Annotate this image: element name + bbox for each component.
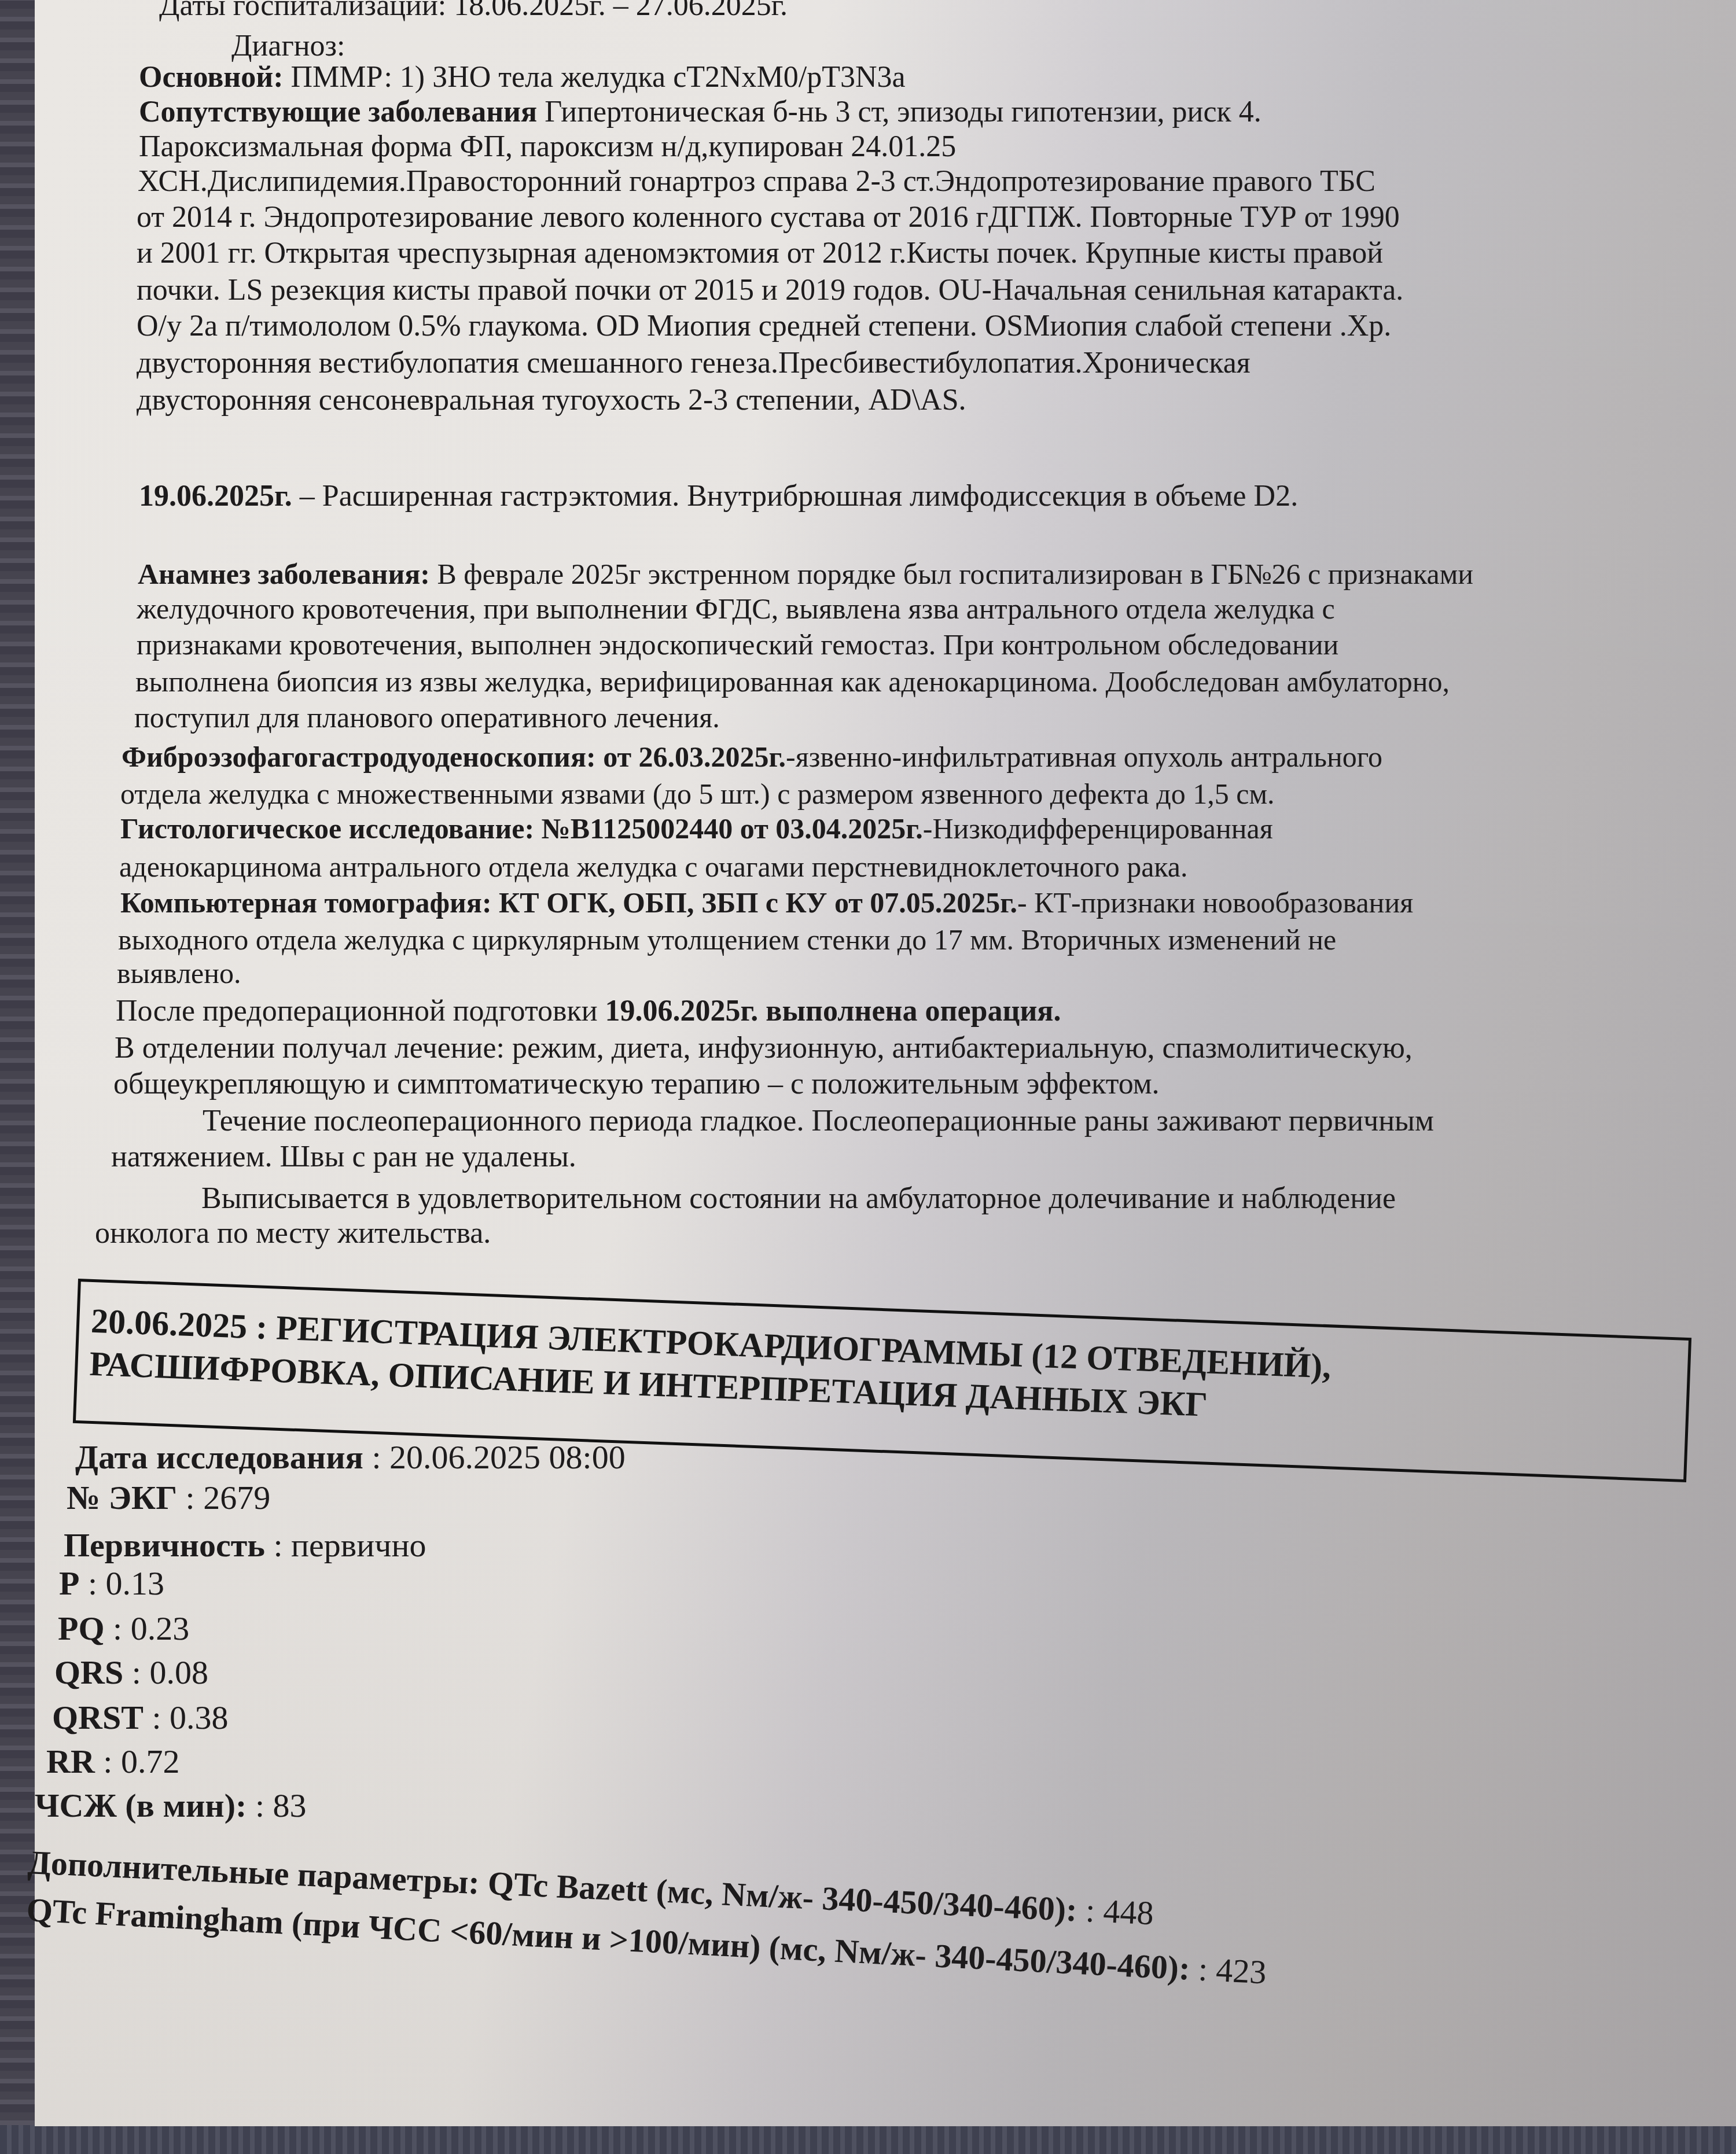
ecg-field-label: ЧСЖ (в мин): (35, 1787, 247, 1824)
discharge-line-0: Выписывается в удовлетворительном состоя… (201, 1180, 1396, 1217)
postop-line-1: натяжением. Швы с ран не удалены. (111, 1139, 576, 1176)
diagnosis-main-value: ПММР: 1) ЗНО тела желудка cT2NxM0/pT3N3a (291, 61, 906, 94)
ecg-field-row: P : 0.13 (59, 1561, 164, 1606)
ct-line-2: выявлено. (117, 955, 241, 992)
ecg-field-value: : 0.23 (105, 1610, 190, 1647)
comorbid-line-0: Сопутствующие заболевания Гипертоническа… (139, 94, 1261, 131)
ecg-field-row: RR : 0.72 (46, 1739, 179, 1784)
operation-line: 19.06.2025г. – Расширенная гастрэктомия.… (139, 478, 1298, 515)
comorbid-line-1: Пароксизмальная форма ФП, пароксизм н/д,… (139, 128, 956, 165)
fgds-line-1: отдела желудка с множественными язвами (… (120, 775, 1275, 812)
ecg-field-value: : 0.38 (144, 1699, 229, 1736)
ecg-field-row: QRST : 0.38 (52, 1695, 229, 1740)
ecg-field-row: № ЭКГ : 2679 (67, 1475, 270, 1520)
document-page: Даты госпитализации: 18.06.2025г. – 27.0… (35, 0, 1736, 2126)
diagnosis-main: Основной: ПММР: 1) ЗНО тела желудка cT2N… (139, 59, 906, 96)
histology-label: Гистологическое исследование: №B11250024… (120, 812, 923, 845)
anamnesis-line-3: выполнена биопсия из язвы желудка, вериф… (135, 663, 1450, 700)
diagnosis-main-label: Основной: (139, 61, 284, 94)
ecg-field-label: PQ (58, 1610, 105, 1647)
histology-line-1: аденокарцинома антрального отдела желудк… (119, 848, 1188, 885)
anamnesis-label: Анамнез заболевания: (138, 558, 430, 590)
anamnesis-line-4: поступил для планового оперативного лече… (134, 699, 720, 736)
hospitalization-dates: Даты госпитализации: 18.06.2025г. – 27.0… (159, 0, 788, 24)
background-fabric-left (0, 0, 36, 2154)
operation-date: 19.06.2025г. (139, 480, 292, 513)
ecg-field-label: QRST (52, 1699, 144, 1736)
ecg-field-row: ЧСЖ (в мин): : 83 (35, 1783, 307, 1828)
comorbid-line-7: двусторонняя вестибулопатия смешанного г… (137, 345, 1250, 382)
anamnesis-line-0: Анамнез заболевания: В феврале 2025г экс… (138, 555, 1473, 592)
comorbid-line-3: от 2014 г. Эндопротезирование левого кол… (137, 199, 1400, 236)
ecg-field-label: Дата исследования (75, 1438, 363, 1476)
histology-line-0: Гистологическое исследование: №B11250024… (120, 810, 1273, 847)
comorbid-line-8: двусторонняя сенсоневральная тугоухость … (137, 382, 966, 419)
anamnesis-line-2: признаками кровотечения, выполнен эндоск… (137, 626, 1338, 663)
ct-label: Компьютерная томография: КТ ОГК, ОБП, ЗБ… (120, 886, 1017, 919)
ecg-field-label: № ЭКГ (67, 1479, 177, 1516)
ecg-field-label: P (59, 1564, 79, 1602)
comorbid-line-2: ХСН.Дислипидемия.Правосторонний гонартро… (138, 163, 1375, 200)
treatment-line-1: общеукрепляющую и симптоматическую терап… (113, 1066, 1160, 1103)
preop-line: После предоперационной подготовки 19.06.… (116, 993, 1061, 1030)
ecg-field-label: QRS (54, 1654, 123, 1691)
comorbid-line-6: O/y 2a п/тимололом 0.5% глаукома. OD Мио… (137, 308, 1391, 345)
ecg-field-value: : 2679 (177, 1479, 270, 1516)
anamnesis-line-1: желудочного кровотечения, при выполнении… (137, 590, 1335, 627)
ecg-field-value: : 20.06.2025 08:00 (363, 1438, 626, 1476)
ct-line-1: выходного отдела желудка с циркулярным у… (118, 921, 1336, 958)
background-fabric-bottom (0, 2125, 1736, 2154)
ecg-field-value: : 0.08 (123, 1654, 208, 1691)
comorbid-line-5: почки. LS резекция кисты правой почки от… (137, 272, 1403, 309)
ecg-field-value: : 0.13 (79, 1564, 164, 1602)
fgds-label: Фиброэзофагогастродуоденоскопия: от 26.0… (122, 741, 786, 773)
ecg-field-row: Дата исследования : 20.06.2025 08:00 (75, 1435, 626, 1480)
ecg-title: 20.06.2025 : РЕГИСТРАЦИЯ ЭЛЕКТРОКАРДИОГР… (89, 1299, 1332, 1430)
comorbid-label: Сопутствующие заболевания (139, 95, 537, 128)
fgds-line-0: Фиброэзофагогастродуоденоскопия: от 26.0… (122, 738, 1382, 775)
postop-line-0: Течение послеоперационного периода гладк… (203, 1103, 1434, 1140)
ecg-field-label: Первичность (64, 1526, 265, 1564)
comorbid-line-4: и 2001 гг. Открытая чреспузырная аденомэ… (137, 235, 1383, 272)
discharge-line-1: онколога по месту жительства. (95, 1215, 491, 1252)
ecg-field-value: : 83 (247, 1787, 306, 1824)
ecg-field-value: : 0.72 (95, 1743, 180, 1780)
ct-line-0: Компьютерная томография: КТ ОГК, ОБП, ЗБ… (120, 884, 1413, 921)
treatment-line-0: В отделении получал лечение: режим, диет… (115, 1030, 1413, 1067)
ecg-field-row: PQ : 0.23 (58, 1606, 189, 1651)
ecg-field-value: : первично (265, 1526, 426, 1564)
ecg-field-row: QRS : 0.08 (54, 1650, 208, 1695)
ecg-field-label: RR (46, 1743, 95, 1780)
